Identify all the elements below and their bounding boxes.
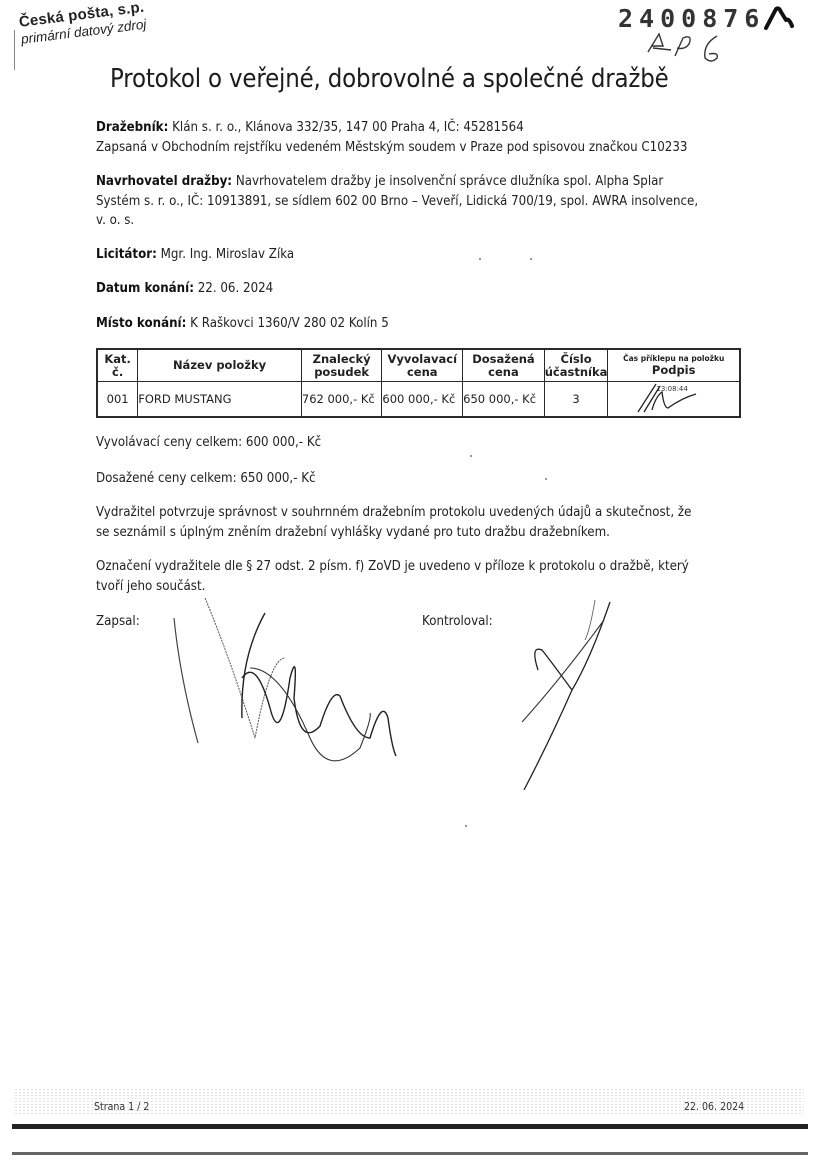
postal-stamp: Česká pošta, s.p. primární datový zdroj (18, 0, 147, 47)
proposer-line2: Systém s. r. o., IČ: 10913891, se sídlem… (96, 194, 698, 209)
date-value: 22. 06. 2024 (198, 281, 274, 296)
auction-items-table: Kat. č. Název položky Znalecký posudek V… (96, 348, 741, 418)
designation-line2: tvoří jeho součást. (96, 579, 205, 594)
scan-speck (479, 258, 481, 260)
date-label: Datum konání: (96, 281, 194, 296)
handwritten-a-mark-icon (764, 6, 794, 30)
proposer-section: Navrhovatel dražby: Navrhovatelem dražby… (96, 172, 698, 231)
scan-speck (545, 478, 547, 480)
auctioneer-value: Klán s. r. o., Klánova 332/35, 147 00 Pr… (172, 120, 524, 135)
scan-speck (470, 455, 472, 457)
scan-speck (465, 825, 467, 827)
cell-signature: 13:08:44 (608, 382, 740, 418)
header-signature: Podpis (608, 364, 739, 377)
scan-speck (530, 258, 532, 260)
header-name: Název položky (138, 349, 302, 382)
header-time-signature: Čas příklepu na položku Podpis (608, 349, 740, 382)
licitator-value: Mgr. Ing. Miroslav Zíka (161, 247, 295, 262)
place-label: Místo konání: (96, 316, 186, 331)
table-row: 001 FORD MUSTANG 762 000,- Kč 600 000,- … (97, 382, 740, 418)
header-appraisal: Znalecký posudek (301, 349, 382, 382)
auctioneer-section: Dražebník: Klán s. r. o., Klánova 332/35… (96, 118, 687, 157)
checker-signature-icon (510, 600, 620, 790)
confirmation-text: Vydražitel potvrzuje správnost v souhrnn… (96, 503, 691, 542)
auctioneer-registration: Zapsaná v Obchodním rejstříku vedeném Mě… (96, 140, 687, 155)
handwritten-note-icon (645, 30, 730, 66)
recorder-signature-icon (160, 598, 430, 788)
cell-final-price: 650 000,- Kč (463, 382, 545, 418)
page-title: Protokol o veřejné, dobrovolné a společn… (110, 64, 669, 94)
bidder-signature-icon (626, 382, 716, 416)
header-participant: Číslo účastníka (544, 349, 608, 382)
licitator-label: Licitátor: (96, 247, 157, 262)
table-header-row: Kat. č. Název položky Znalecký posudek V… (97, 349, 740, 382)
stamp-edge-line (14, 30, 15, 70)
footer-divider-thin (12, 1152, 808, 1155)
place-section: Místo konání: K Raškovci 1360/V 280 02 K… (96, 314, 389, 334)
proposer-line3: v. o. s. (96, 213, 134, 228)
header-time-label: Čas příklepu na položku (623, 354, 724, 363)
designation-text: Označení vydražitele dle § 27 odst. 2 pí… (96, 557, 689, 596)
designation-line1: Označení vydražitele dle § 27 odst. 2 pí… (96, 559, 689, 574)
cell-kat: 001 (97, 382, 138, 418)
cell-name: FORD MUSTANG (138, 382, 302, 418)
page-number: Strana 1 / 2 (94, 1101, 149, 1113)
confirmation-line2: se seznámil s úplným zněním dražební vyh… (96, 525, 610, 540)
cell-starting-price: 600 000,- Kč (382, 382, 463, 418)
header-final-price: Dosažená cena (463, 349, 545, 382)
checked-by-label: Kontroloval: (422, 612, 493, 632)
place-value: K Raškovci 1360/V 280 02 Kolín 5 (190, 316, 389, 331)
licitator-section: Licitátor: Mgr. Ing. Miroslav Zíka (96, 245, 294, 265)
proposer-label: Navrhovatel dražby: (96, 174, 232, 189)
header-starting-price: Vyvolavací cena (382, 349, 463, 382)
cell-participant: 3 (544, 382, 608, 418)
proposer-line1: Navrhovatelem dražby je insolvenční sprá… (236, 174, 663, 189)
date-section: Datum konání: 22. 06. 2024 (96, 279, 273, 299)
total-starting-price: Vyvolávací ceny celkem: 600 000,- Kč (96, 433, 321, 453)
header-kat: Kat. č. (97, 349, 138, 382)
footer-date: 22. 06. 2024 (684, 1101, 744, 1113)
confirmation-line1: Vydražitel potvrzuje správnost v souhrnn… (96, 505, 691, 520)
auctioneer-label: Dražebník: (96, 120, 168, 135)
cell-appraisal: 762 000,- Kč (301, 382, 382, 418)
document-number: 2400876 (618, 4, 765, 33)
total-final-price: Dosažené ceny celkem: 650 000,- Kč (96, 469, 316, 489)
footer-divider-thick (12, 1124, 808, 1129)
recorded-by-label: Zapsal: (96, 612, 140, 632)
